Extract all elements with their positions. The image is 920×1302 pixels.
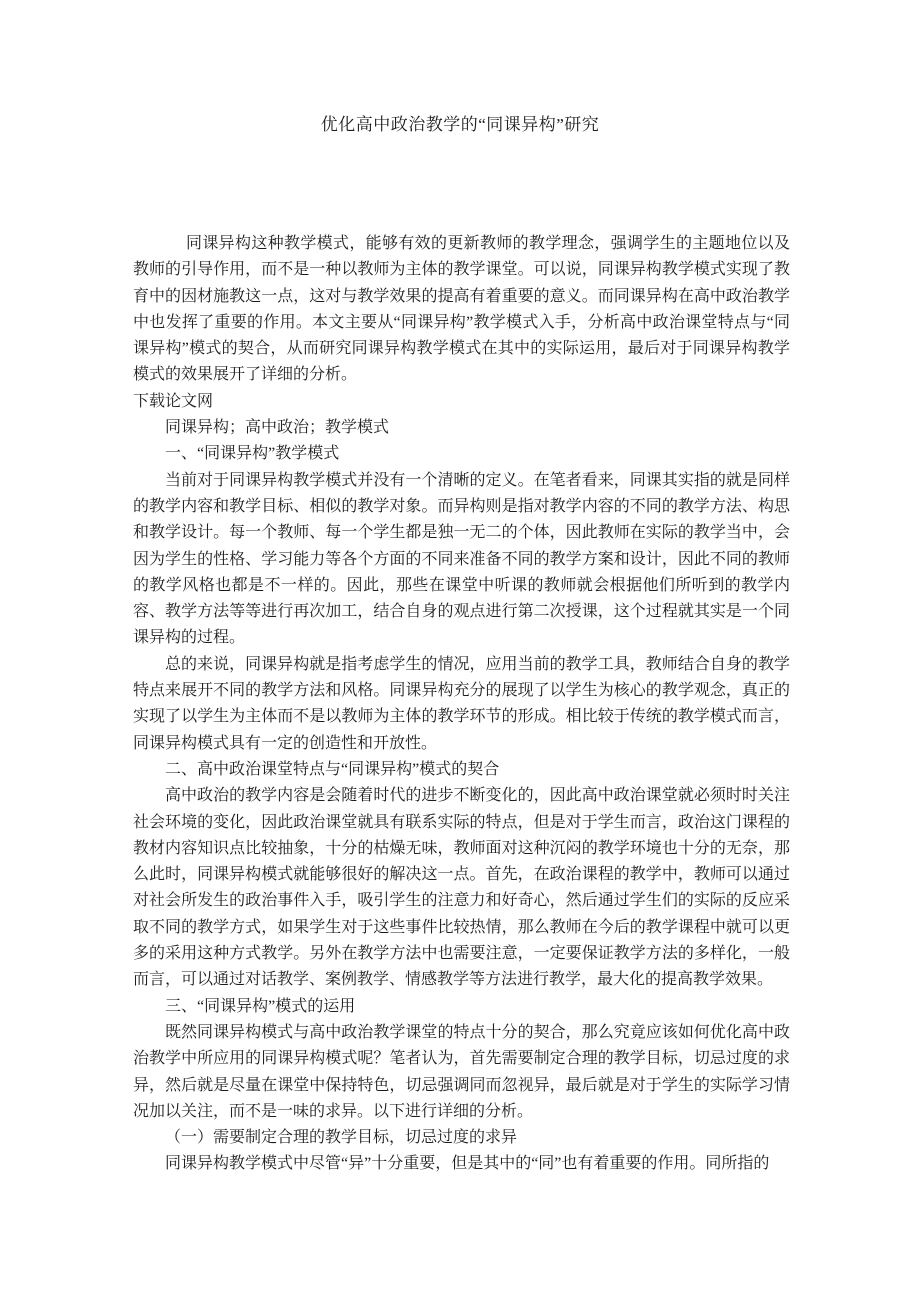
sub-heading-1: （一）需要制定合理的教学目标，切忌过度的求异 [133,1125,790,1151]
body-paragraph: 高中政治的教学内容是会随着时代的进步不断变化的，因此高中政治课堂就必须时时关注社… [133,783,790,993]
body-paragraph: 当前对于同课异构教学模式并没有一个清晰的定义。在笔者看来，同课其实指的就是同样的… [133,468,790,652]
document-page: 优化高中政治教学的“同课异构”研究 同课异构这种教学模式，能够有效的更新教师的教… [0,0,920,1302]
section-heading-2: 二、高中政治课堂特点与“同课异构”模式的契合 [133,757,790,783]
source-site-text: 下载论文网 [133,389,790,415]
body-paragraph: 同课异构教学模式中尽管“异”十分重要，但是其中的“同”也有着重要的作用。同所指的 [133,1151,790,1177]
body-paragraph: 既然同课异构模式与高中政治教学课堂的特点十分的契合，那么究竟应该如何优化高中政治… [133,1020,790,1125]
document-body: 同课异构这种教学模式，能够有效的更新教师的教学理念，强调学生的主题地位以及教师的… [133,231,790,1178]
section-heading-3: 三、“同课异构”模式的运用 [133,994,790,1020]
body-paragraph: 总的来说，同课异构就是指考虑学生的情况，应用当前的教学工具，教师结合自身的教学特… [133,652,790,757]
section-heading-1: 一、“同课异构”教学模式 [133,441,790,467]
document-title: 优化高中政治教学的“同课异构”研究 [0,0,920,138]
keywords-line: 同课异构；高中政治；教学模式 [133,415,790,441]
abstract-paragraph: 同课异构这种教学模式，能够有效的更新教师的教学理念，强调学生的主题地位以及教师的… [133,231,790,389]
